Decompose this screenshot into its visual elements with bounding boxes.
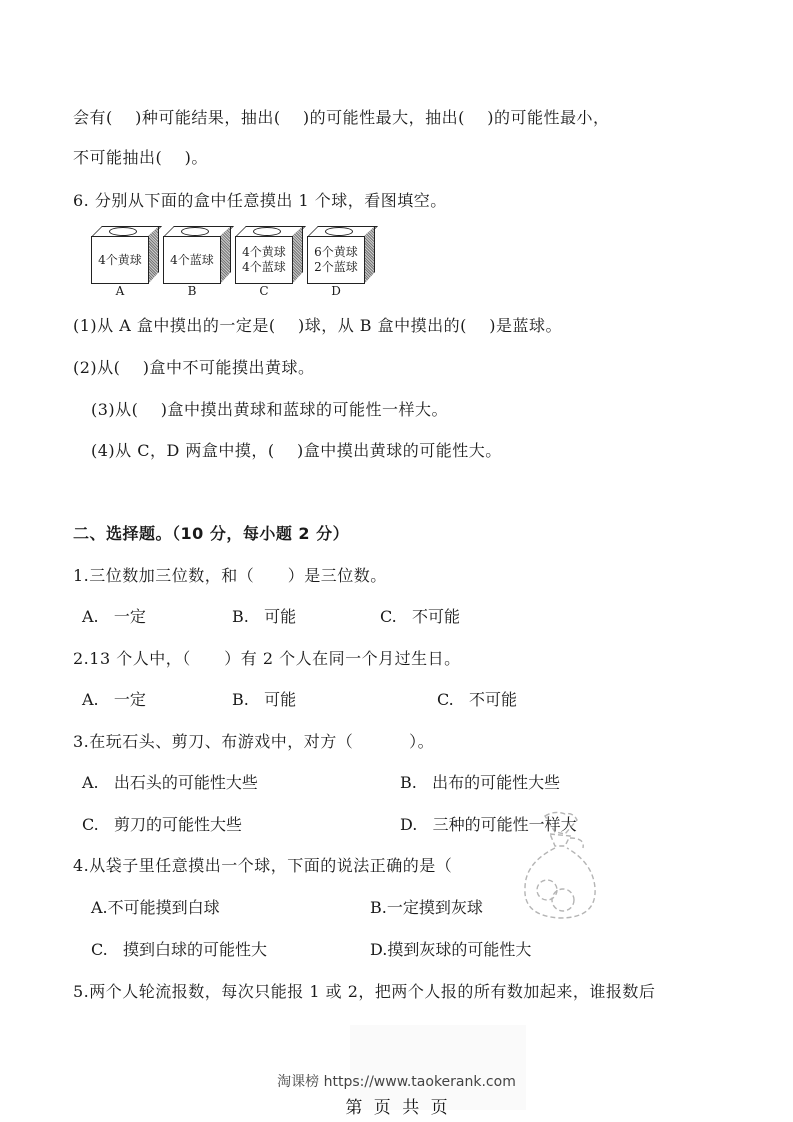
- mc-q1-option-b: B. 可能: [232, 607, 296, 627]
- q5-continued-line1: 会有( )种可能结果，抽出( )的可能性最大，抽出( )的可能性最小，: [73, 108, 610, 128]
- box-label-d: D: [307, 284, 365, 298]
- mc-q3-option-b: B. 出布的可能性大些: [400, 773, 560, 793]
- mc-q4-option-a: A.不可能摸到白球: [91, 898, 220, 918]
- mc-q1-option-a: A. 一定: [82, 607, 146, 627]
- box-label-b: B: [163, 284, 221, 298]
- box-side: [220, 226, 231, 284]
- box-hole: [181, 227, 209, 236]
- mc-q4: 4.从袋子里任意摸出一个球，下面的说法正确的是（: [73, 856, 452, 876]
- ball-bag-icon: [515, 808, 605, 923]
- mc-q1: 1.三位数加三位数，和（ ）是三位数。: [73, 566, 387, 586]
- box-d: 6个黄球 2个蓝球: [307, 226, 375, 288]
- box-content: 6个黄球: [314, 245, 358, 260]
- mc-q4-option-b: B.一定摸到灰球: [370, 898, 483, 918]
- mc-q3: 3.在玩石头、剪刀、布游戏中，对方（ ）。: [73, 732, 434, 752]
- mc-q1-option-c: C. 不可能: [380, 607, 460, 627]
- box-label-c: C: [235, 284, 293, 298]
- mc-q2-option-c: C. 不可能: [437, 690, 517, 710]
- box-b: 4个蓝球: [163, 226, 231, 288]
- footer-site-link[interactable]: 淘课榜 https://www.taokerank.com: [0, 1071, 793, 1091]
- box-c: 4个黄球 4个蓝球: [235, 226, 303, 288]
- section-heading: 二、选择题。（10 分，每小题 2 分）: [73, 524, 349, 544]
- box-front: 4个黄球 4个蓝球: [235, 236, 293, 284]
- mc-q5: 5.两个人轮流报数，每次只能报 1 或 2，把两个人报的所有数加起来，谁报数后: [73, 982, 655, 1002]
- box-a: 4个黄球: [91, 226, 159, 288]
- mc-q3-option-a: A. 出石头的可能性大些: [82, 773, 258, 793]
- box-front: 4个黄球: [91, 236, 149, 284]
- q6-sub-1: (1)从 A 盒中摸出的一定是( )球，从 B 盒中摸出的( )是蓝球。: [73, 316, 562, 336]
- box-side: [292, 226, 303, 284]
- q6-sub-3: (3)从( )盒中摸出黄球和蓝球的可能性一样大。: [91, 400, 448, 420]
- mc-q2-option-b: B. 可能: [232, 690, 296, 710]
- box-content: 4个蓝球: [242, 260, 286, 275]
- mc-q2-option-a: A. 一定: [82, 690, 146, 710]
- box-content: 4个黄球: [98, 253, 142, 268]
- q6-sub-2: (2)从( )盒中不可能摸出黄球。: [73, 358, 315, 378]
- footer-page-number: 第 页 共 页: [0, 1093, 793, 1118]
- q5-continued-line2: 不可能抽出( )。: [73, 148, 208, 168]
- mc-q2: 2.13 个人中，（ ）有 2 个人在同一个月过生日。: [73, 649, 461, 669]
- mc-q3-option-c: C. 剪刀的可能性大些: [82, 815, 242, 835]
- box-side: [148, 226, 159, 284]
- box-content: 4个黄球: [242, 245, 286, 260]
- box-hole: [253, 227, 281, 236]
- box-hole: [109, 227, 137, 236]
- q6-title: 6. 分别从下面的盒中任意摸出 1 个球，看图填空。: [73, 191, 447, 211]
- box-hole: [325, 227, 353, 236]
- box-front: 6个黄球 2个蓝球: [307, 236, 365, 284]
- box-content: 4个蓝球: [170, 253, 214, 268]
- mc-q4-option-c: C. 摸到白球的可能性大: [91, 940, 267, 960]
- q6-sub-4: (4)从 C，D 两盒中摸，( )盒中摸出黄球的可能性大。: [91, 441, 502, 461]
- box-front: 4个蓝球: [163, 236, 221, 284]
- mc-q4-option-d: D.摸到灰球的可能性大: [370, 940, 531, 960]
- box-label-a: A: [91, 284, 149, 298]
- box-content: 2个蓝球: [314, 260, 358, 275]
- box-side: [364, 226, 375, 284]
